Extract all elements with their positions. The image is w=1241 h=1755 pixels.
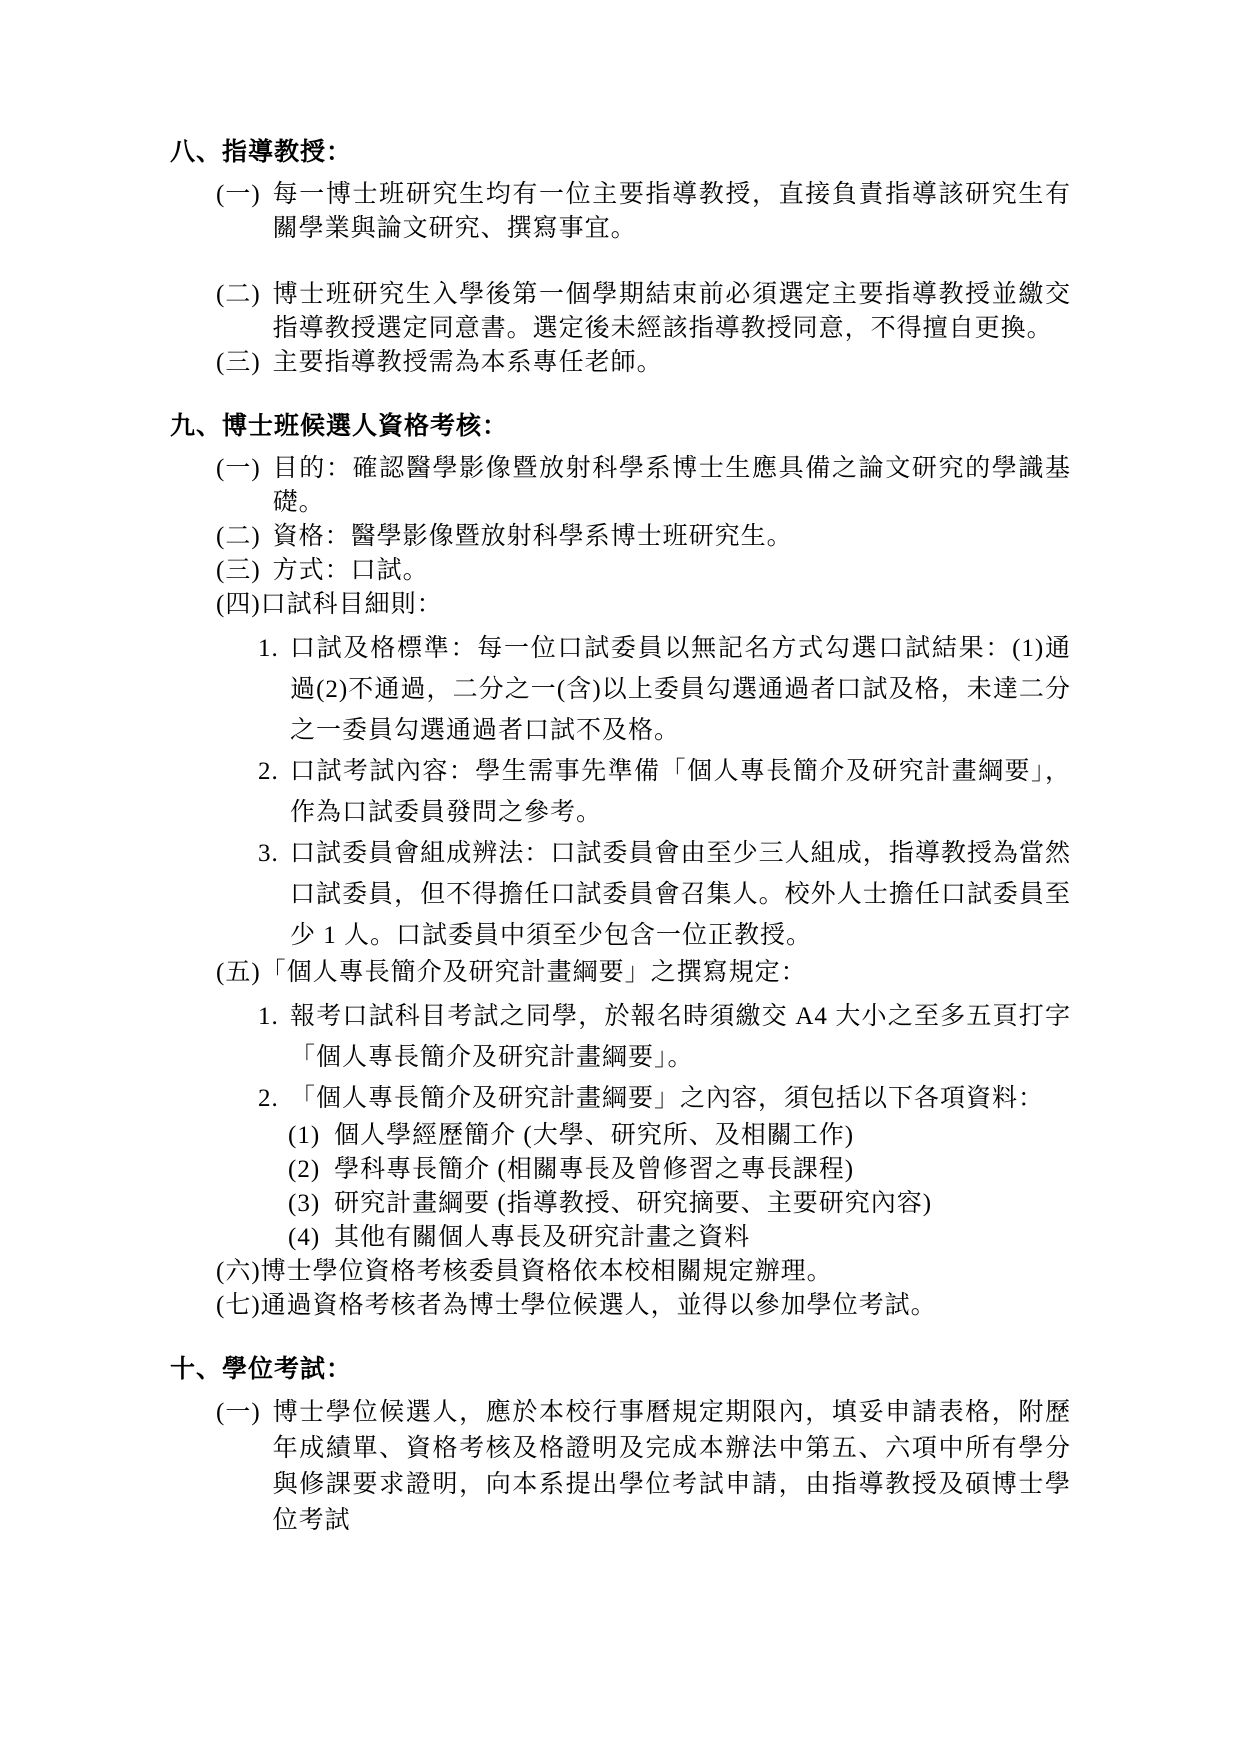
item-text: 口試委員會組成辨法：口試委員會由至少三人組成，指導教授為當然口試委員，但不得擔任… [290, 833, 1071, 956]
item-label: (一) [216, 452, 261, 520]
item-text: 口試科目細則： [261, 588, 1071, 622]
list-item: (二) 博士班研究生入學後第一個學期結束前必須選定主要指導教授並繳交指導教授選定… [170, 278, 1071, 346]
item-label: 1. [258, 628, 290, 751]
list-item: 2. 口試考試內容：學生需事先準備「個人專長簡介及研究計畫綱要」，作為口試委員發… [170, 751, 1071, 833]
section-heading: 十、學位考試： [170, 1353, 1071, 1387]
list-item: (二) 資格：醫學影像暨放射科學系博士班研究生。 [170, 520, 1071, 554]
item-label: 2. [258, 751, 290, 833]
item-text: 資格：醫學影像暨放射科學系博士班研究生。 [273, 520, 1071, 554]
item-label: 2. [258, 1078, 290, 1119]
item-label: (4) [288, 1221, 320, 1255]
item-text: 方式：口試。 [273, 554, 1071, 588]
item-text: 其他有關個人專長及研究計畫之資料 [334, 1221, 1071, 1255]
list-item: (一) 目的：確認醫學影像暨放射科學系博士生應具備之論文研究的學識基礎。 [170, 452, 1071, 520]
list-item: (四) 口試科目細則： [170, 588, 1071, 622]
list-item: (三) 方式：口試。 [170, 554, 1071, 588]
item-label: 1. [258, 996, 290, 1078]
list-item: (1) 個人學經歷簡介 (大學、研究所、及相關工作) [170, 1119, 1071, 1153]
section-advisors: 八、指導教授： (一) 每一博士班研究生均有一位主要指導教授，直接負責指導該研究… [170, 136, 1071, 380]
section-heading: 九、博士班候選人資格考核： [170, 410, 1071, 444]
item-label: (七) [216, 1289, 261, 1323]
item-text: 「個人專長簡介及研究計畫綱要」之內容，須包括以下各項資料： [290, 1078, 1071, 1119]
list-item: 3. 口試委員會組成辨法：口試委員會由至少三人組成，指導教授為當然口試委員，但不… [170, 833, 1071, 956]
document-page: 八、指導教授： (一) 每一博士班研究生均有一位主要指導教授，直接負責指導該研究… [0, 0, 1241, 1755]
list-item: (五) 「個人專長簡介及研究計畫綱要」之撰寫規定： [170, 956, 1071, 990]
list-item: (一) 博士學位候選人，應於本校行事曆規定期限內，填妥申請表格，附歷年成績單、資… [170, 1395, 1071, 1539]
item-label: (一) [216, 1395, 261, 1539]
item-label: (二) [216, 520, 261, 554]
item-text: 「個人專長簡介及研究計畫綱要」之撰寫規定： [261, 956, 1071, 990]
item-text: 主要指導教授需為本系專任老師。 [273, 346, 1071, 380]
item-label: (3) [288, 1187, 320, 1221]
list-item: 1. 報考口試科目考試之同學，於報名時須繳交 A4 大小之至多五頁打字「個人專長… [170, 996, 1071, 1078]
item-label: (2) [288, 1153, 320, 1187]
item-label: (五) [216, 956, 261, 990]
item-text: 通過資格考核者為博士學位候選人，並得以參加學位考試。 [261, 1289, 1071, 1323]
list-item: (一) 每一博士班研究生均有一位主要指導教授，直接負責指導該研究生有關學業與論文… [170, 178, 1071, 246]
list-item: 1. 口試及格標準：每一位口試委員以無記名方式勾選口試結果：(1)通過(2)不通… [170, 628, 1071, 751]
list-item: (七) 通過資格考核者為博士學位候選人，並得以參加學位考試。 [170, 1289, 1071, 1323]
item-label: (一) [216, 178, 261, 246]
item-text: 博士班研究生入學後第一個學期結束前必須選定主要指導教授並繳交指導教授選定同意書。… [273, 278, 1071, 346]
item-text: 目的：確認醫學影像暨放射科學系博士生應具備之論文研究的學識基礎。 [273, 452, 1071, 520]
item-text: 口試及格標準：每一位口試委員以無記名方式勾選口試結果：(1)通過(2)不通過，二… [290, 628, 1071, 751]
item-text: 博士學位候選人，應於本校行事曆規定期限內，填妥申請表格，附歷年成績單、資格考核及… [273, 1395, 1071, 1539]
section-degree-exam: 十、學位考試： (一) 博士學位候選人，應於本校行事曆規定期限內，填妥申請表格，… [170, 1353, 1071, 1539]
item-text: 個人學經歷簡介 (大學、研究所、及相關工作) [334, 1119, 1071, 1153]
item-label: (1) [288, 1119, 320, 1153]
item-label: (三) [216, 554, 261, 588]
item-text: 研究計畫綱要 (指導教授、研究摘要、主要研究內容) [334, 1187, 1071, 1221]
item-label: (三) [216, 346, 261, 380]
item-label: (二) [216, 278, 261, 346]
section-heading: 八、指導教授： [170, 136, 1071, 170]
list-item: (三) 主要指導教授需為本系專任老師。 [170, 346, 1071, 380]
item-label: (六) [216, 1255, 261, 1289]
list-item: (2) 學科專長簡介 (相關專長及曾修習之專長課程) [170, 1153, 1071, 1187]
list-item: 2. 「個人專長簡介及研究計畫綱要」之內容，須包括以下各項資料： [170, 1078, 1071, 1119]
list-item: (4) 其他有關個人專長及研究計畫之資料 [170, 1221, 1071, 1255]
item-label: 3. [258, 833, 290, 956]
list-item: (3) 研究計畫綱要 (指導教授、研究摘要、主要研究內容) [170, 1187, 1071, 1221]
item-label: (四) [216, 588, 261, 622]
item-text: 每一博士班研究生均有一位主要指導教授，直接負責指導該研究生有關學業與論文研究、撰… [273, 178, 1071, 246]
section-candidacy-exam: 九、博士班候選人資格考核： (一) 目的：確認醫學影像暨放射科學系博士生應具備之… [170, 410, 1071, 1323]
item-text: 報考口試科目考試之同學，於報名時須繳交 A4 大小之至多五頁打字「個人專長簡介及… [290, 996, 1071, 1078]
document-content: 八、指導教授： (一) 每一博士班研究生均有一位主要指導教授，直接負責指導該研究… [0, 0, 1241, 1539]
item-text: 學科專長簡介 (相關專長及曾修習之專長課程) [334, 1153, 1071, 1187]
item-text: 口試考試內容：學生需事先準備「個人專長簡介及研究計畫綱要」，作為口試委員發問之參… [290, 751, 1071, 833]
list-item: (六) 博士學位資格考核委員資格依本校相關規定辦理。 [170, 1255, 1071, 1289]
item-text: 博士學位資格考核委員資格依本校相關規定辦理。 [261, 1255, 1071, 1289]
